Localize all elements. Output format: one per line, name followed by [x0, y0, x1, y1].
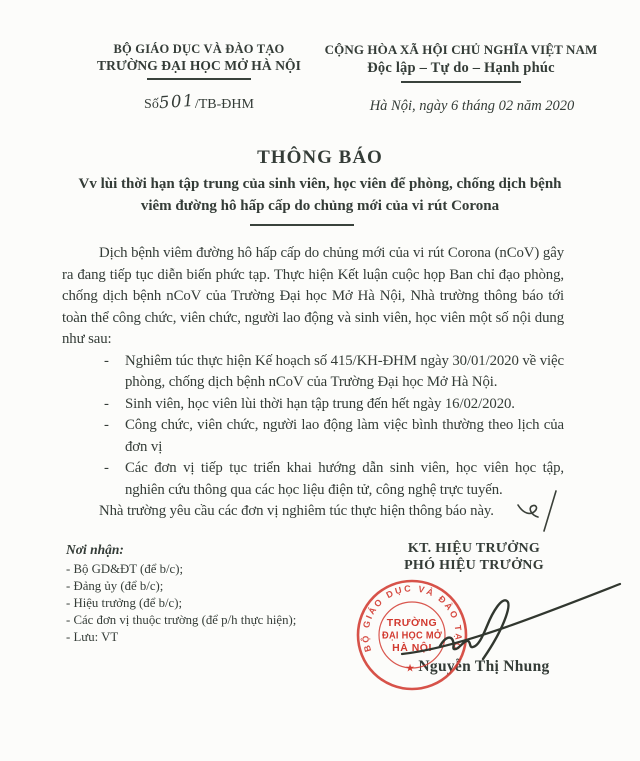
university-name: TRƯỜNG ĐẠI HỌC MỞ HÀ NỘI	[58, 58, 340, 74]
date-line: Hà Nội, ngày 6 tháng 02 năm 2020	[300, 98, 622, 115]
pen-flourish-icon	[514, 489, 562, 535]
list-item: - Công chức, viên chức, người lao động l…	[62, 415, 564, 458]
recipient-item: - Lưu: VT	[66, 629, 296, 646]
ministry-name: BỘ GIÁO DỤC VÀ ĐÀO TẠO	[58, 42, 340, 57]
title-block: THÔNG BÁO Vv lùi thời hạn tập trung của …	[0, 147, 640, 226]
list-item-text: Sinh viên, học viên lùi thời hạn tập tru…	[125, 394, 564, 416]
list-item-text: Các đơn vị tiếp tục triển khai hướng dẫn…	[125, 458, 564, 501]
list-item: - Các đơn vị tiếp tục triển khai hướng d…	[62, 458, 564, 501]
title-underline	[250, 224, 354, 226]
recipient-item: - Đảng ủy (để b/c);	[66, 578, 296, 595]
document-title: THÔNG BÁO	[0, 147, 640, 169]
recipients-heading: Nơi nhận:	[66, 541, 296, 558]
opening-paragraph: Dịch bệnh viêm đường hô hấp cấp do chủng…	[62, 243, 564, 351]
doc-number-prefix: Số	[144, 97, 159, 112]
header-left-underline	[147, 78, 251, 80]
recipient-item: - Bộ GD&ĐT (để b/c);	[66, 561, 296, 578]
closing-line: Nhà trường yêu cầu các đơn vị nghiêm túc…	[62, 501, 564, 523]
national-header-block: CỘNG HÒA XÃ HỘI CHỦ NGHĨA VIỆT NAM Độc l…	[300, 42, 622, 115]
signature-ink	[388, 558, 626, 670]
header-right-underline	[401, 81, 521, 83]
document-page: BỘ GIÁO DỤC VÀ ĐÀO TẠO TRƯỜNG ĐẠI HỌC MỞ…	[0, 0, 640, 761]
list-dash: -	[104, 458, 125, 501]
list-item: - Nghiêm túc thực hiện Kế hoạch số 415/K…	[62, 351, 564, 394]
national-motto-line2: Độc lập – Tự do – Hạnh phúc	[300, 60, 622, 77]
document-number: Số501/TB-ĐHM	[58, 93, 340, 113]
document-subject: Vv lùi thời hạn tập trung của sinh viên,…	[64, 174, 576, 217]
doc-number-suffix: /TB-ĐHM	[195, 97, 254, 112]
list-item-text: Công chức, viên chức, người lao động làm…	[125, 415, 564, 458]
list-dash: -	[104, 351, 125, 394]
recipient-item: - Hiệu trưởng (để b/c);	[66, 595, 296, 612]
recipient-item: - Các đơn vị thuộc trường (để p/h thực h…	[66, 612, 296, 629]
issuing-authority-block: BỘ GIÁO DỤC VÀ ĐÀO TẠO TRƯỜNG ĐẠI HỌC MỞ…	[58, 42, 340, 113]
list-dash: -	[104, 415, 125, 458]
list-item-text: Nghiêm túc thực hiện Kế hoạch số 415/KH-…	[125, 351, 564, 394]
recipients-block: Nơi nhận: - Bộ GD&ĐT (để b/c); - Đảng ủy…	[66, 541, 296, 646]
body-block: Dịch bệnh viêm đường hô hấp cấp do chủng…	[62, 243, 564, 523]
signer-title-line1: KT. HIỆU TRƯỞNG	[353, 541, 595, 557]
doc-number-handwritten: 501	[158, 90, 195, 111]
national-motto-line1: CỘNG HÒA XÃ HỘI CHỦ NGHĨA VIỆT NAM	[300, 42, 622, 58]
list-dash: -	[104, 394, 125, 416]
list-item: - Sinh viên, học viên lùi thời hạn tập t…	[62, 394, 564, 416]
